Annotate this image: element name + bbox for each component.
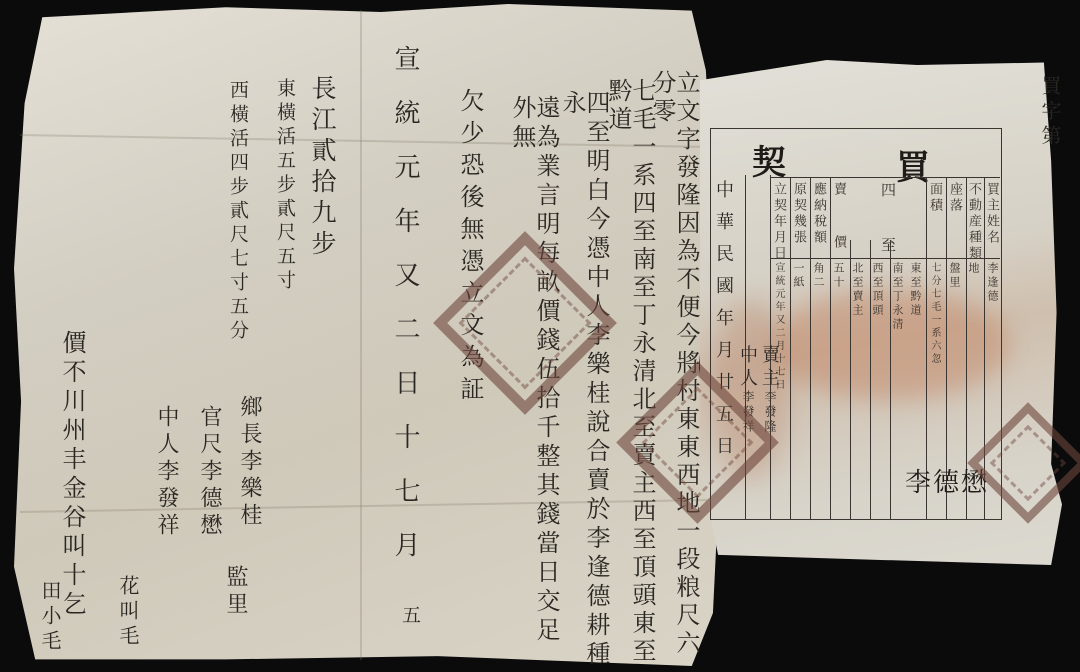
property-type-value: 地 (968, 262, 979, 276)
reign-date: 宣統元年又二日十七月 (392, 45, 418, 585)
signature-tianxiaomao: 田小毛 (40, 580, 60, 655)
signature-huajiaomao: 花叫毛 (118, 575, 138, 650)
witness-official: 官尺李德懋 (198, 405, 220, 540)
middleman-label: 中人 (738, 345, 756, 391)
witness-middleman: 中人李發祥 (155, 405, 177, 540)
deed-body-column-2: 七毛一系四至南至丁永清北至賣主西至頂頭東至黔道 (606, 78, 654, 672)
price-value: 五十 (833, 262, 844, 290)
measurement-east: 東橫活五步貳尺五寸 (275, 78, 294, 294)
seller-name: 李發隆 (764, 390, 776, 435)
boundary-south: 南至丁永清 (892, 262, 903, 332)
footer-mark: 五 (400, 605, 419, 629)
witness-village-head: 鄉長李樂桂 (238, 395, 260, 530)
seller-label: 賣主 (760, 345, 778, 391)
signature-jianli: 監里 (224, 565, 246, 619)
serial-header: 買字第 (1040, 75, 1060, 150)
boundary-east: 東至黔道 (910, 262, 921, 318)
paper-fold (360, 10, 362, 660)
deed-body-column-3: 四至明白今憑中人李樂桂說合賣於李逢德耕種永 (560, 90, 608, 672)
measurement-length: 長江貳拾九步 (310, 75, 335, 261)
tax-value: 角二 (813, 262, 824, 290)
boundary-west: 西至頂頭 (872, 262, 883, 318)
header-buyer-name: 買主姓名 (985, 182, 998, 246)
header-tax-due: 應納稅額 (812, 182, 825, 246)
buyer-name-value: 李逢德 (987, 262, 998, 304)
original-deeds-value: 一紙 (793, 262, 804, 290)
header-original-deeds: 原契幾張 (792, 182, 805, 246)
boundary-north: 北至賣主 (852, 262, 863, 318)
measurement-west: 西橫活四步貳尺七寸五分 (228, 80, 247, 344)
area-value: 七分七毛一系六忽 (929, 262, 939, 366)
header-property-type: 不動産種類 (967, 182, 980, 262)
header-location: 座落 (948, 182, 961, 214)
location-value: 盤里 (949, 262, 960, 290)
header-contract-date: 立契年月日 (772, 182, 785, 262)
signature-column: 價不川州丰金谷叫十乞 (60, 330, 84, 620)
header-area: 面積 (928, 182, 941, 214)
buyer-signature: 李德懋 (905, 470, 989, 496)
